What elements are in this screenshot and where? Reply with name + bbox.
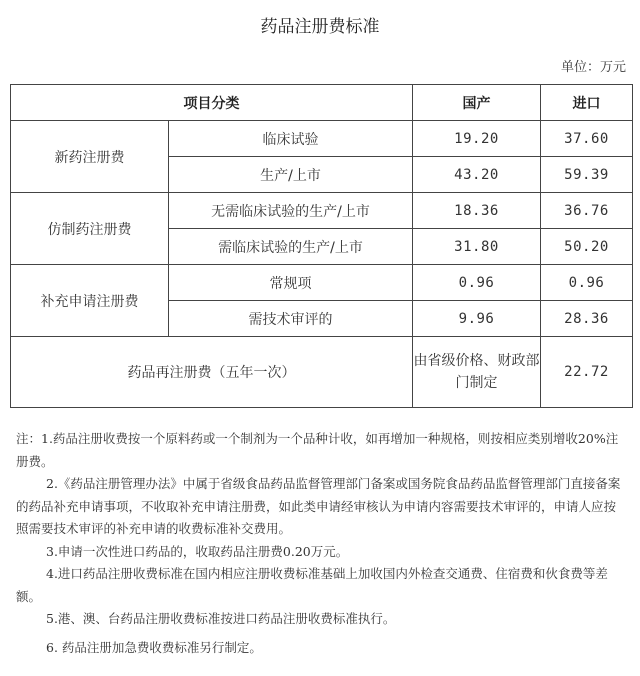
item-cell: 常规项: [169, 265, 413, 301]
fee-table: 项目分类 国产 进口 新药注册费 临床试验 19.20 37.60 生产/上市 …: [10, 84, 633, 408]
table-row: 仿制药注册费 无需临床试验的生产/上市 18.36 36.76: [11, 193, 633, 229]
group-generic-drug: 仿制药注册费: [11, 193, 169, 265]
imported-cell: 59.39: [541, 157, 633, 193]
header-imported: 进口: [541, 85, 633, 121]
domestic-cell: 9.96: [413, 301, 541, 337]
group-supplementary: 补充申请注册费: [11, 265, 169, 337]
imported-cell: 36.76: [541, 193, 633, 229]
imported-cell: 50.20: [541, 229, 633, 265]
notes-section: 注：1.药品注册收费按一个原料药或一个制剂为一个品种计收，如再增加一种规格，则按…: [16, 428, 628, 659]
note-2: 2.《药品注册管理办法》中属于省级食品药品监督管理部门备案或国务院食品药品监督管…: [16, 473, 628, 541]
item-cell: 无需临床试验的生产/上市: [169, 193, 413, 229]
reregistration-domestic: 由省级价格、财政部门制定: [413, 337, 541, 408]
table-row: 补充申请注册费 常规项 0.96 0.96: [11, 265, 633, 301]
header-domestic: 国产: [413, 85, 541, 121]
table-row: 新药注册费 临床试验 19.20 37.60: [11, 121, 633, 157]
group-new-drug: 新药注册费: [11, 121, 169, 193]
note-6: 6. 药品注册加急费收费标准另行制定。: [16, 637, 628, 660]
note-4: 4.进口药品注册收费标准在国内相应注册收费标准基础上加收国内外检查交通费、住宿费…: [16, 563, 628, 608]
table-header-row: 项目分类 国产 进口: [11, 85, 633, 121]
document-title: 药品注册费标准: [0, 12, 640, 37]
item-cell: 需技术审评的: [169, 301, 413, 337]
domestic-cell: 31.80: [413, 229, 541, 265]
note-1: 注：1.药品注册收费按一个原料药或一个制剂为一个品种计收，如再增加一种规格，则按…: [16, 428, 628, 473]
table-row-reregistration: 药品再注册费（五年一次） 由省级价格、财政部门制定 22.72: [11, 337, 633, 408]
header-category: 项目分类: [11, 85, 413, 121]
imported-cell: 37.60: [541, 121, 633, 157]
unit-label: 单位：万元: [561, 56, 626, 75]
item-cell: 需临床试验的生产/上市: [169, 229, 413, 265]
domestic-cell: 19.20: [413, 121, 541, 157]
domestic-cell: 18.36: [413, 193, 541, 229]
item-cell: 临床试验: [169, 121, 413, 157]
domestic-cell: 43.20: [413, 157, 541, 193]
note-3: 3.申请一次性进口药品的，收取药品注册费0.20万元。: [16, 541, 628, 564]
imported-cell: 28.36: [541, 301, 633, 337]
imported-cell: 0.96: [541, 265, 633, 301]
reregistration-imported: 22.72: [541, 337, 633, 408]
domestic-cell: 0.96: [413, 265, 541, 301]
note-5: 5.港、澳、台药品注册收费标准按进口药品注册收费标准执行。: [16, 608, 628, 631]
item-cell: 生产/上市: [169, 157, 413, 193]
reregistration-label: 药品再注册费（五年一次）: [11, 337, 413, 408]
